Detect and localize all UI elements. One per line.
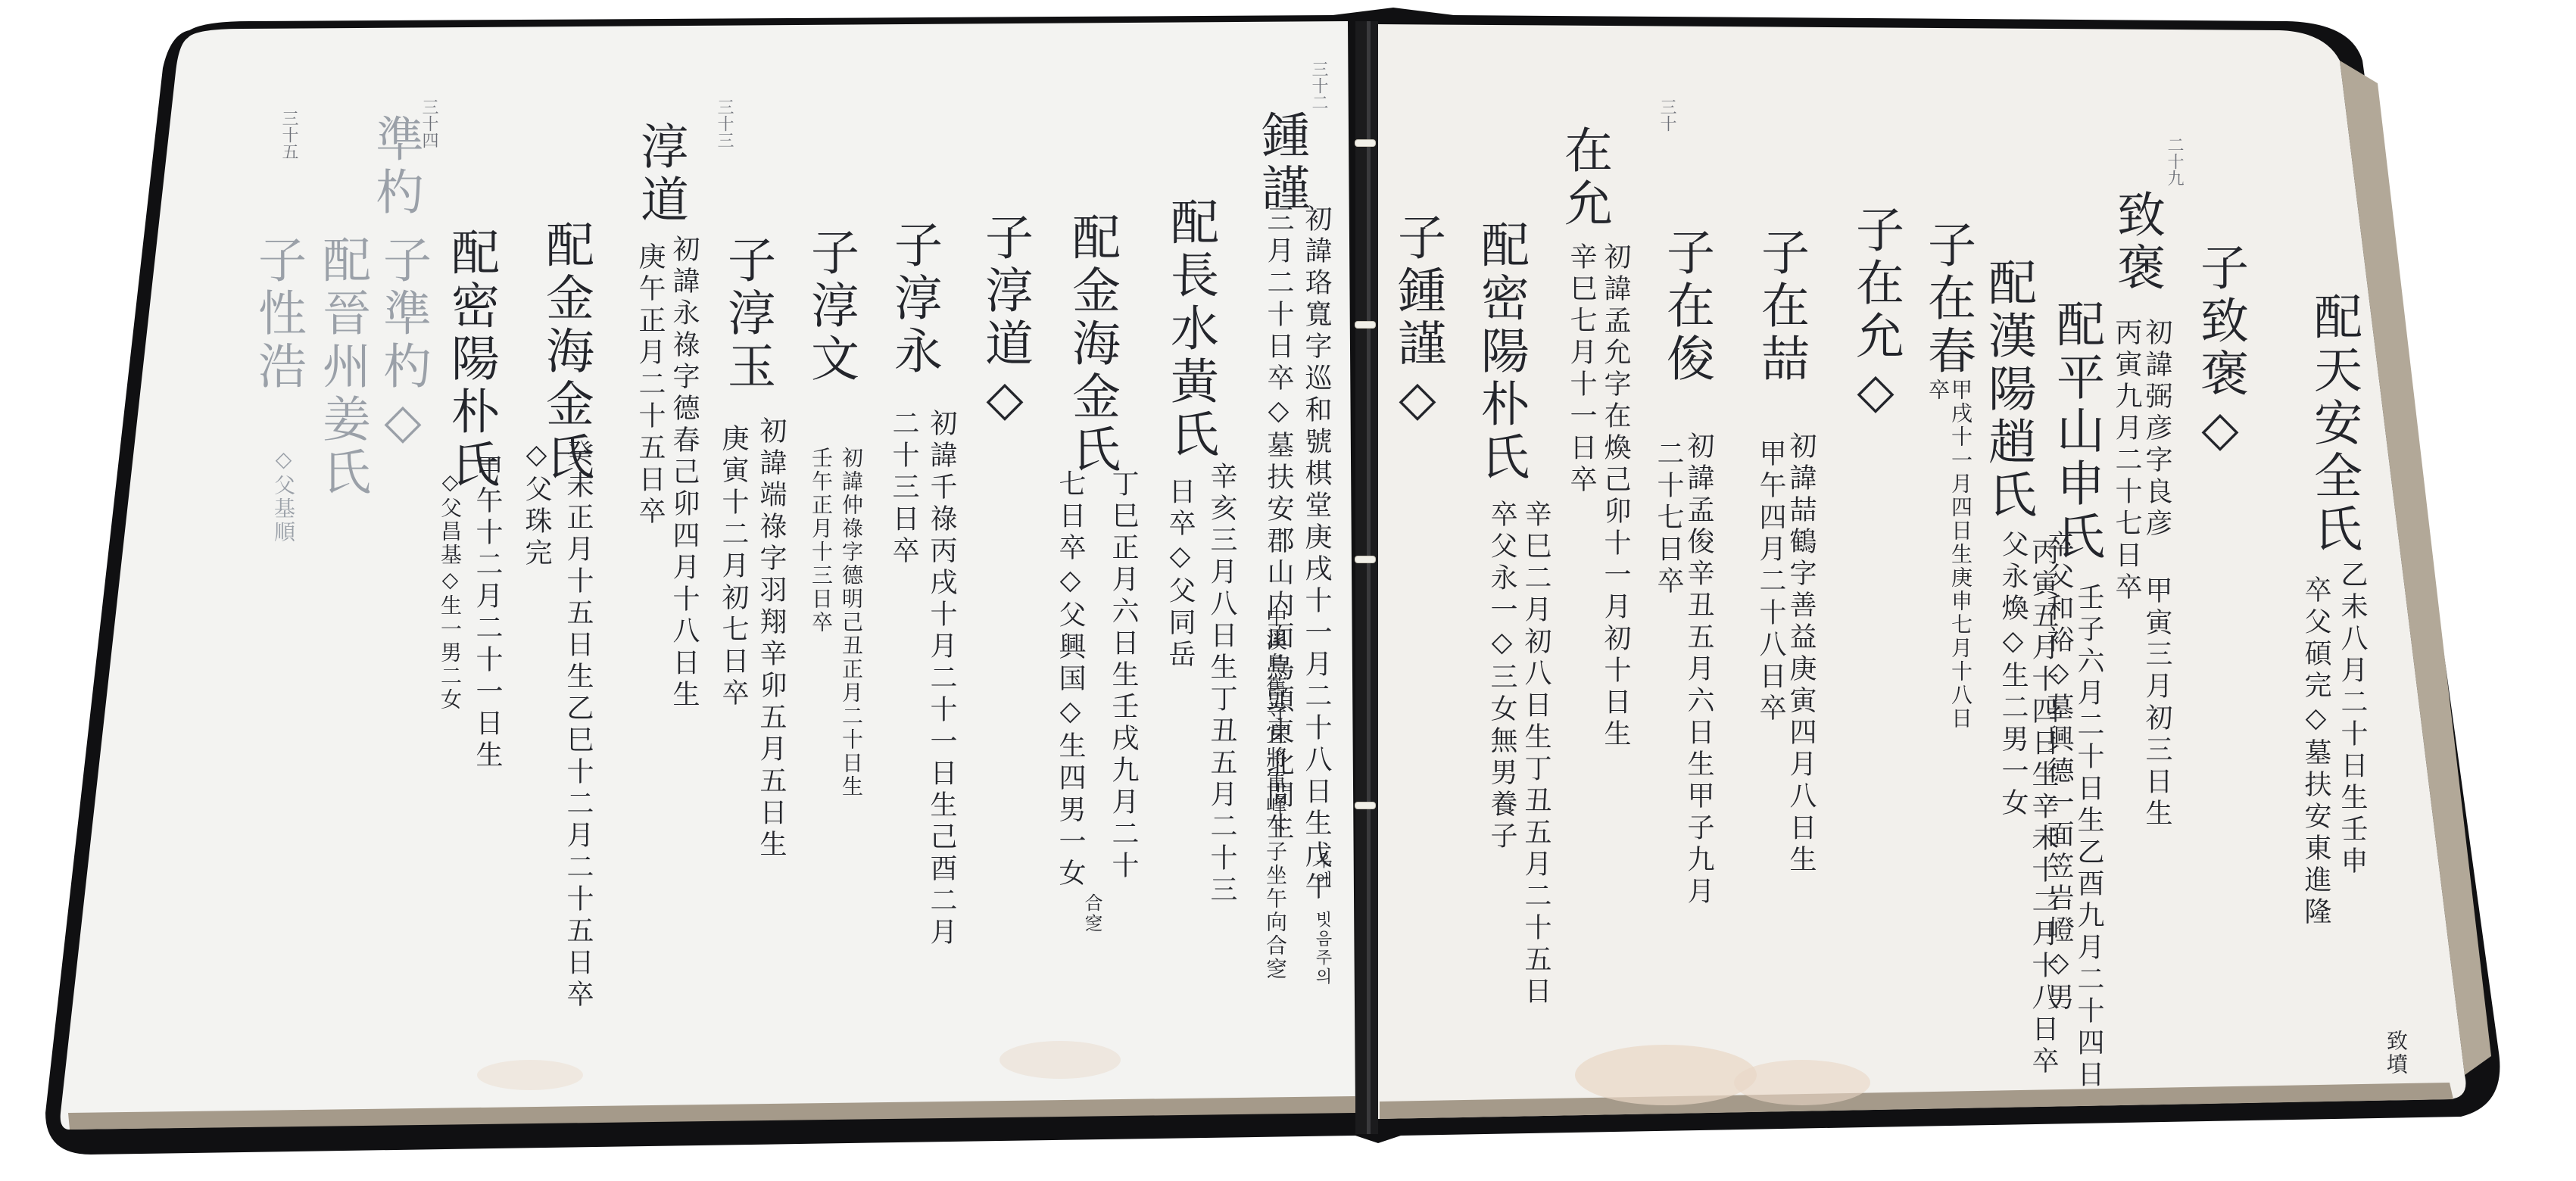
left-page: 三十二 三十三 三十四 三十五 鍾謹 初諱珞寬字巡和號棋堂庚戌十一月二十八日生戊… [0,0,2576,1181]
generation-mark: 三十二 [1310,61,1327,111]
entry-heading: 配晉州姜氏 [318,235,366,500]
entry-detail: 辛亥三月八日生丁丑五月二十三 [1208,462,1235,907]
generation-mark: 三十五 [280,110,297,160]
entry-detail: 癸未正月十五日生乙巳十二月二十五日卒 [564,439,591,1011]
entry-detail: ◇父昌基◇生一男二女 [439,469,460,712]
generation-mark: 三十三 [716,98,732,148]
entry-detail: 初諱端祿字羽翔辛卯五月五日生 [757,416,784,862]
entry-detail: 甲午十二月二十一日生 [473,454,501,772]
margin-note: 中溪島舊寺宜將軍峰下子坐午向合窆 [1265,606,1286,981]
entry-heading: 淳道 [636,121,685,227]
entry-heading: 子淳永 [890,220,938,379]
entry-detail: 初諱仲祿字德明己丑正月二十日生 [840,447,862,799]
entry-detail: 二十三日卒 [890,409,917,568]
entry-detail: 日卒◇父同岳 [1166,477,1193,672]
entry-detail: 初諱千祿丙戌十月二十一日生己酉二月 [928,409,955,949]
entry-heading: 配密陽朴氏 [447,227,495,492]
entry-detail: 壬午正月十三日卒 [810,447,831,634]
entry-heading: 準杓 [371,114,419,220]
open-genealogy-book: 二十九 三十 配天安全氏 乙未八月二十日生壬申 卒父碩完◇墓扶安東進隆 子致褒◇… [0,0,2576,1181]
entry-detail: 七日卒◇父興国◇生四男一女 [1056,469,1084,890]
entry-detail: ◇父基順 [273,447,294,544]
entry-heading: 子性浩 [254,235,302,394]
entry-detail: 庚午正月二十五日卒 [636,242,663,528]
entry-detail: 庚寅十二月初七日卒 [719,424,747,710]
margin-note: 合窆 [1083,893,1101,934]
entry-heading: 鍾謹 [1257,110,1305,216]
entry-heading: 配長水黃氏 [1166,197,1215,462]
entry-heading: 子淳文 [806,227,855,386]
entry-detail: 初諱永祿字德春己卯四月十八日生 [670,235,697,712]
entry-heading: 子淳玉 [723,235,772,394]
entry-heading: 子準杓◇ [379,235,427,454]
entry-detail: 丁巳正月六日生壬戌九月二十 [1109,469,1137,883]
entry-heading: 子淳道◇ [981,212,1029,432]
entry-heading: 配金海金氏 [1068,212,1116,477]
entry-detail: 初諱珞寬字巡和號棋堂庚戌十一月二十八日生戊午 [1302,204,1330,904]
entry-detail: ◇父珠完 [522,439,550,570]
margin-note: 우에 빗음주의 [1314,852,1330,986]
